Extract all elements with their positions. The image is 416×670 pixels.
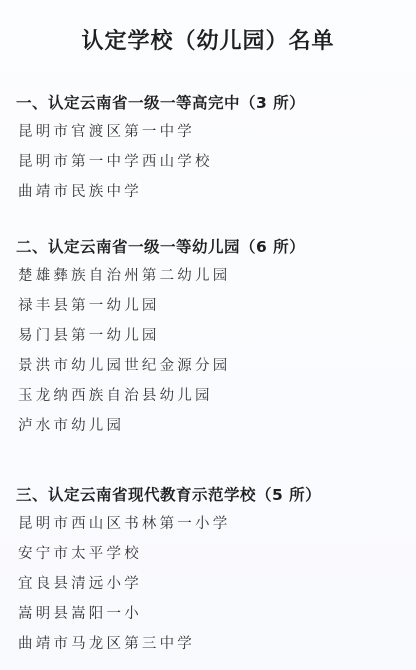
list-item: 昆明市西山区书林第一小学 xyxy=(18,509,321,539)
section-heading: 二、认定云南省一级一等幼儿园（6 所） xyxy=(16,233,305,261)
list-item: 宜良县清远小学 xyxy=(18,569,321,599)
list-item: 景洪市幼儿园世纪金源分园 xyxy=(18,351,305,381)
list-item: 嵩明县嵩阳一小 xyxy=(18,599,321,629)
list-item: 曲靖市民族中学 xyxy=(18,177,305,207)
section-kindergartens: 二、认定云南省一级一等幼儿园（6 所） 楚雄彝族自治州第二幼儿园 禄丰县第一幼儿… xyxy=(18,233,305,441)
section-heading: 一、认定云南省一级一等高完中（3 所） xyxy=(16,89,305,117)
document-page: 认定学校（幼儿园）名单 一、认定云南省一级一等高完中（3 所） 昆明市官渡区第一… xyxy=(0,0,416,670)
list-item: 泸水市幼儿园 xyxy=(18,411,305,441)
list-item: 楚雄彝族自治州第二幼儿园 xyxy=(18,261,305,291)
list-item: 禄丰县第一幼儿园 xyxy=(18,291,305,321)
list-item: 昆明市第一中学西山学校 xyxy=(18,147,305,177)
section-senior-high-schools: 一、认定云南省一级一等高完中（3 所） 昆明市官渡区第一中学 昆明市第一中学西山… xyxy=(18,89,305,207)
document-title: 认定学校（幼儿园）名单 xyxy=(0,24,416,55)
section-modern-education-schools: 三、认定云南省现代教育示范学校（5 所） 昆明市西山区书林第一小学 安宁市太平学… xyxy=(18,481,321,659)
list-item: 昆明市官渡区第一中学 xyxy=(18,117,305,147)
list-item: 安宁市太平学校 xyxy=(18,539,321,569)
list-item: 曲靖市马龙区第三中学 xyxy=(18,629,321,659)
section-heading: 三、认定云南省现代教育示范学校（5 所） xyxy=(16,481,321,509)
list-item: 玉龙纳西族自治县幼儿园 xyxy=(18,381,305,411)
list-item: 易门县第一幼儿园 xyxy=(18,321,305,351)
